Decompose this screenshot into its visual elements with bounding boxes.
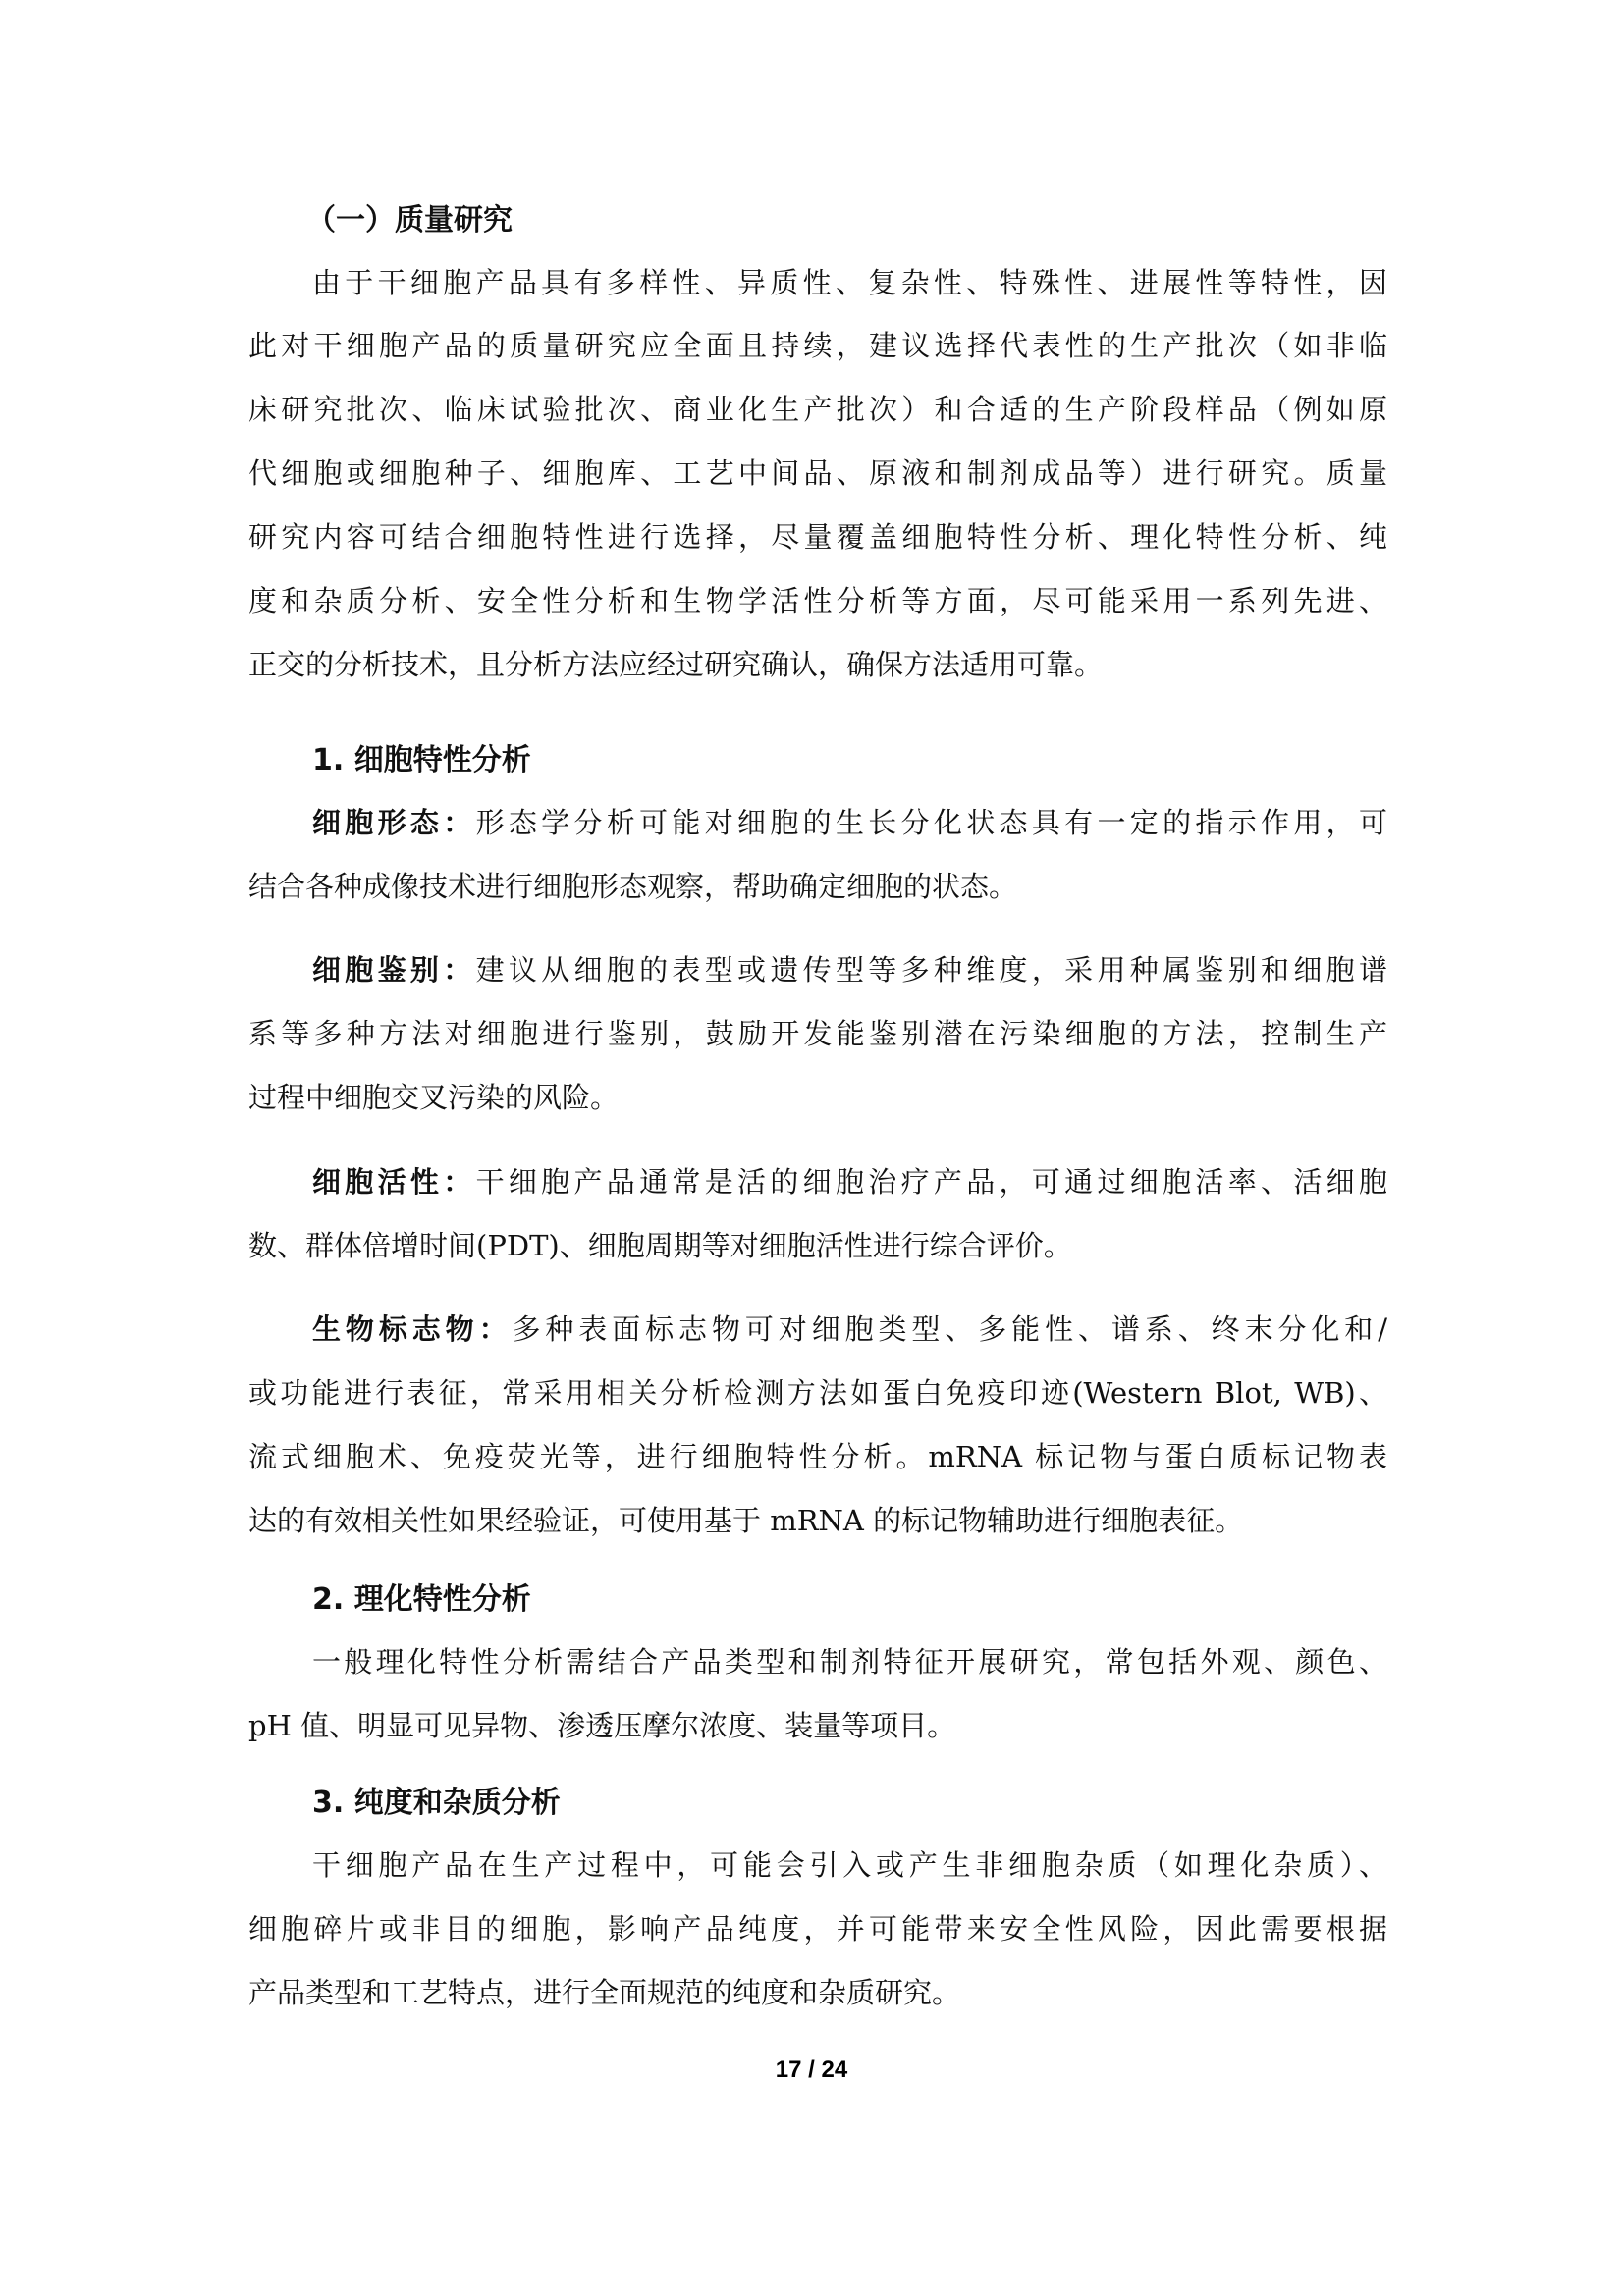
paragraph-cell-viability: 细胞活性：干细胞产品通常是活的细胞治疗产品，可通过细胞活率、活细胞 — [312, 1162, 1387, 1201]
paragraph-text: 建议从细胞的表型或遗传型等多种维度，采用种属鉴别和细胞谱 — [476, 953, 1387, 987]
paragraph-line: 过程中细胞交叉污染的风险。 — [248, 1078, 1387, 1117]
subsection-heading-cell-characteristics: 1. 细胞特性分析 — [312, 741, 531, 780]
paragraph-line: 产品类型和工艺特点，进行全面规范的纯度和杂质研究。 — [248, 1973, 1387, 2012]
paragraph-cell-identification: 细胞鉴别：建议从细胞的表型或遗传型等多种维度，采用种属鉴别和细胞谱 — [312, 950, 1387, 989]
intro-line: 研究内容可结合细胞特性进行选择，尽量覆盖细胞特性分析、理化特性分析、纯 — [248, 517, 1387, 557]
intro-line: 床研究批次、临床试验批次、商业化生产批次）和合适的生产阶段样品（例如原 — [248, 390, 1387, 429]
paragraph-text: 多种表面标志物可对细胞类型、多能性、谱系、终末分化和/ — [512, 1312, 1387, 1346]
paragraph-line: 达的有效相关性如果经验证，可使用基于 mRNA 的标记物辅助进行细胞表征。 — [248, 1501, 1387, 1540]
paragraph-line: pH 值、明显可见异物、渗透压摩尔浓度、装量等项目。 — [248, 1706, 1387, 1745]
paragraph-line: 细胞碎片或非目的细胞，影响产品纯度，并可能带来安全性风险，因此需要根据 — [248, 1909, 1387, 1949]
page-number: 17 / 24 — [0, 2056, 1623, 2084]
paragraph-line: 结合各种成像技术进行细胞形态观察，帮助确定细胞的状态。 — [248, 867, 1387, 906]
intro-line: 由于干细胞产品具有多样性、异质性、复杂性、特殊性、进展性等特性，因 — [312, 263, 1387, 302]
paragraph-biomarkers: 生物标志物：多种表面标志物可对细胞类型、多能性、谱系、终末分化和/ — [312, 1309, 1387, 1349]
subsection-heading-purity: 3. 纯度和杂质分析 — [312, 1784, 561, 1823]
paragraph-purity: 干细胞产品在生产过程中，可能会引入或产生非细胞杂质（如理化杂质）、 — [312, 1845, 1387, 1885]
term-label: 细胞活性： — [312, 1165, 476, 1199]
paragraph-cell-morphology: 细胞形态：形态学分析可能对细胞的生长分化状态具有一定的指示作用，可 — [312, 803, 1387, 842]
subsection-heading-physicochemical: 2. 理化特性分析 — [312, 1580, 531, 1620]
paragraph-text: 干细胞产品通常是活的细胞治疗产品，可通过细胞活率、活细胞 — [476, 1165, 1387, 1199]
intro-line: 此对干细胞产品的质量研究应全面且持续，建议选择代表性的生产批次（如非临 — [248, 326, 1387, 365]
term-label: 生物标志物： — [312, 1312, 512, 1346]
intro-line: 正交的分析技术，且分析方法应经过研究确认，确保方法适用可靠。 — [248, 645, 1387, 684]
paragraph-physicochemical: 一般理化特性分析需结合产品类型和制剂特征开展研究，常包括外观、颜色、 — [312, 1642, 1387, 1682]
term-label: 细胞鉴别： — [312, 953, 476, 987]
paragraph-line: 或功能进行表征，常采用相关分析检测方法如蛋白免疫印迹(Western Blot,… — [248, 1373, 1387, 1413]
intro-line: 度和杂质分析、安全性分析和生物学活性分析等方面，尽可能采用一系列先进、 — [248, 581, 1387, 620]
paragraph-line: 数、群体倍增时间(PDT)、细胞周期等对细胞活性进行综合评价。 — [248, 1226, 1387, 1265]
paragraph-text: 形态学分析可能对细胞的生长分化状态具有一定的指示作用，可 — [476, 806, 1387, 839]
section-title: （一）质量研究 — [306, 201, 513, 240]
intro-line: 代细胞或细胞种子、细胞库、工艺中间品、原液和制剂成品等）进行研究。质量 — [248, 454, 1387, 493]
paragraph-line: 系等多种方法对细胞进行鉴别，鼓励开发能鉴别潜在污染细胞的方法，控制生产 — [248, 1014, 1387, 1053]
term-label: 细胞形态： — [312, 806, 476, 839]
document-page: （一）质量研究 由于干细胞产品具有多样性、异质性、复杂性、特殊性、进展性等特性，… — [0, 0, 1623, 2296]
paragraph-line: 流式细胞术、免疫荧光等，进行细胞特性分析。mRNA 标记物与蛋白质标记物表 — [248, 1437, 1387, 1476]
